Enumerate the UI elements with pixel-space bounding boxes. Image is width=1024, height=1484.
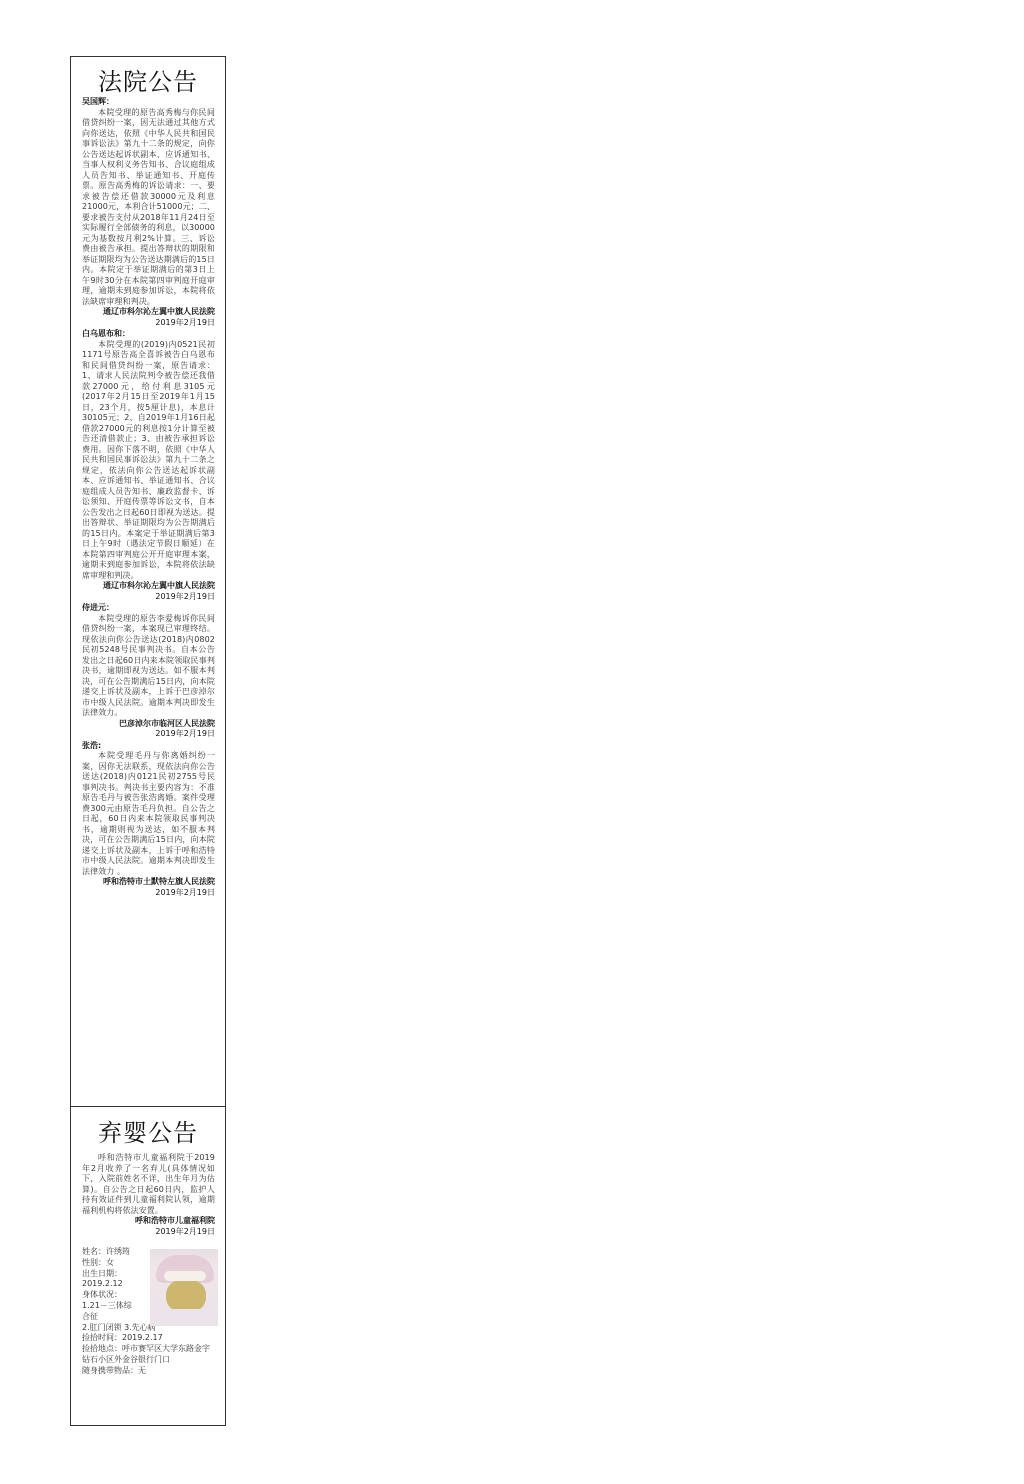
notice-issuer: 呼和浩特市土默特左旗人民法院 [82,877,215,888]
infant-info-left: 姓名：许绣筠 性别：女 出生日期： 2019.2.12 身体状况： 1.21－三… [82,1247,146,1323]
found-location: 捡拾地点：呼市赛罕区大学东路金宇钻石小区外金谷银行门口 [82,1344,215,1366]
baby-notice-date: 2019年2月19日 [82,1227,215,1238]
belongings: 随身携带物品：无 [82,1366,215,1377]
notice-body: 本院受理的(2019)内0521民初1171号原告高全喜诉被告白乌恩布和民间借贷… [82,340,215,582]
notice-addressee: 白乌恩布和： [82,329,215,340]
court-notice: 白乌恩布和： 本院受理的(2019)内0521民初1171号原告高全喜诉被告白乌… [82,329,215,602]
notice-body: 本院受理毛丹与你离婚纠纷一案，因你无法联系，现依法向你公告送达(2018)内01… [82,751,215,877]
baby-notice-body: 呼和浩特市儿童福利院于2019年2月收养了一名弃儿(具体情况如下，入院前姓名不详… [82,1153,215,1216]
infant-photo [150,1249,218,1326]
notice-date: 2019年2月19日 [82,318,215,329]
photo-face-shape [166,1279,206,1313]
photo-headband-shape [164,1271,206,1281]
court-notices: 吴国辉： 本院受理的原告高秀梅与你民间借贷纠纷一案，因无法通过其他方式向你送达，… [71,97,225,898]
notice-body: 本院受理的原告李爱梅诉你民间借贷纠纷一案，本案现已审理终结。现依法向你公告送达(… [82,614,215,719]
infant-health-1: 1.21－三体综 [82,1301,146,1312]
court-notice: 侍进元： 本院受理的原告李爱梅诉你民间借贷纠纷一案，本案现已审理终结。现依法向你… [82,603,215,740]
notice-addressee: 吴国辉： [82,97,215,108]
abandoned-infant-section: 弃婴公告 呼和浩特市儿童福利院于2019年2月收养了一名弃儿(具体情况如下，入院… [71,1107,225,1425]
notice-date: 2019年2月19日 [82,729,215,740]
photo-blanket-shape [150,1309,218,1326]
found-time: 捡拾时间：2019.2.17 [82,1333,215,1344]
notice-issuer: 通辽市科尔沁左翼中旗人民法院 [82,581,215,592]
notice-issuer: 通辽市科尔沁左翼中旗人民法院 [82,307,215,318]
court-notice: 张浩: 本院受理毛丹与你离婚纠纷一案，因你无法联系，现依法向你公告送达(2018… [82,741,215,899]
infant-name: 姓名：许绣筠 [82,1247,146,1258]
notice-body: 本院受理的原告高秀梅与你民间借贷纠纷一案，因无法通过其他方式向你送达，依照《中华… [82,108,215,308]
notice-date: 2019年2月19日 [82,592,215,603]
infant-health-1b: 合征 [82,1312,146,1323]
baby-notice: 呼和浩特市儿童福利院于2019年2月收养了一名弃儿(具体情况如下，入院前姓名不详… [71,1153,225,1237]
infant-birthdate: 2019.2.12 [82,1279,146,1290]
court-notice: 吴国辉： 本院受理的原告高秀梅与你民间借贷纠纷一案，因无法通过其他方式向你送达，… [82,97,215,328]
announcement-column: 法院公告 吴国辉： 本院受理的原告高秀梅与你民间借贷纠纷一案，因无法通过其他方式… [70,56,226,1426]
baby-notice-issuer: 呼和浩特市儿童福利院 [82,1216,215,1227]
notice-addressee: 侍进元： [82,603,215,614]
notice-issuer: 巴彦淖尔市临河区人民法院 [82,719,215,730]
court-section-title: 法院公告 [71,68,225,96]
notice-addressee: 张浩: [82,741,215,752]
baby-section-title: 弃婴公告 [71,1119,225,1147]
infant-gender: 性别：女 [82,1258,146,1269]
notice-date: 2019年2月19日 [82,888,215,899]
infant-health-label: 身体状况： [82,1290,146,1301]
infant-info-tail: 2.肛门闭锁 3.先心病 捡拾时间：2019.2.17 捡拾地点：呼市赛罕区大学… [82,1323,215,1377]
infant-birthdate-label: 出生日期： [82,1269,146,1280]
infant-info: 姓名：许绣筠 性别：女 出生日期： 2019.2.12 身体状况： 1.21－三… [71,1247,225,1377]
court-announcement-section: 法院公告 吴国辉： 本院受理的原告高秀梅与你民间借贷纠纷一案，因无法通过其他方式… [71,57,225,1106]
